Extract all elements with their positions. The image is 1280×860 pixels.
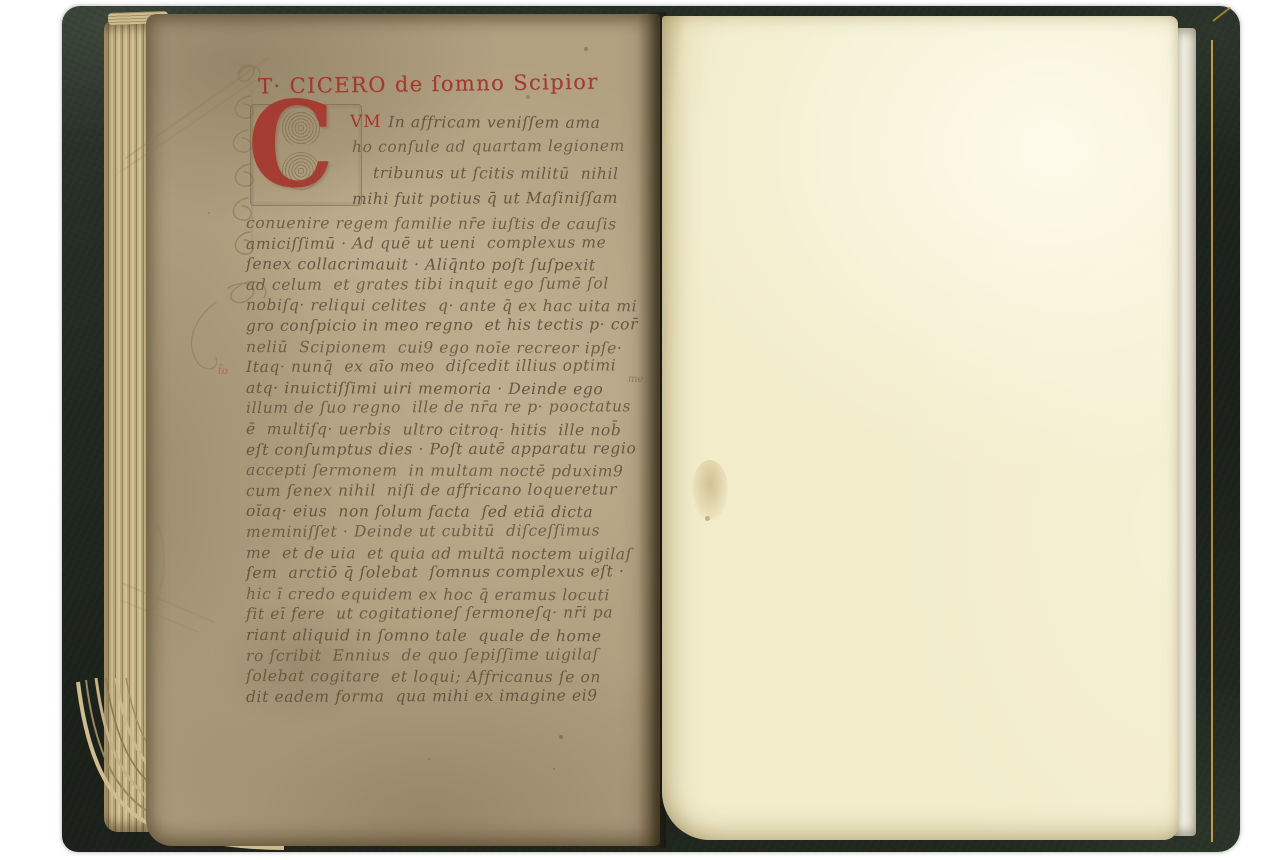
manuscript-line: hic ī credo equidem ex hoc q̄ eramus loc… [246, 585, 610, 604]
right-page-stain-dot [705, 516, 710, 521]
manuscript-line: me et de uia et quia ad multā noctem uig… [246, 544, 632, 563]
manuscript-line: mihi fuit potius q̄ ut Maſiniſſam [352, 189, 618, 208]
manuscript-line: ad celum et grates tibi inquit ego ſumē … [246, 274, 609, 294]
manuscript-line: illum de ſuo regno ille de nr̄a re p· po… [246, 398, 631, 418]
manuscript-line: tribunus ut ſcitis militū nihil [373, 164, 619, 183]
manuscript-line: ſolebat cogitare et loqui; Affricanus ſe… [246, 667, 601, 686]
manuscript-line: fit eī fere ut cogitationeſ ſermoneſq· n… [246, 604, 613, 624]
manuscript-line: VM In affricam veniſſem ama [350, 112, 601, 133]
margin-note-left: t̃o [218, 366, 228, 377]
manuscript-line: accepti ſermonem in multam noctē pduxim9 [246, 461, 624, 480]
manuscript-line: conuenire regem familie nr̄e iuſtis de c… [246, 214, 617, 233]
manuscript-line: neliū Scipionem cui9 ego noīe recreor ip… [246, 338, 623, 357]
manuscript-line: ē multiſq· uerbis ultro citroq· hitis il… [246, 420, 621, 439]
right-page-stain [692, 460, 728, 520]
right-page [662, 16, 1178, 840]
manuscript-line: gro conſpicio in meo regno et his tectis… [246, 315, 638, 335]
rubric-letters: VM [350, 112, 388, 132]
manuscript-line: ro ſcribit Ennius de quo ſepiſſime uigil… [246, 645, 599, 665]
manuscript-line: eſt conſumptus dies · Poſt autē apparatu… [246, 439, 636, 459]
manuscript-line: amiciſſimū · Ad quē ut ueni complexus me [246, 233, 606, 253]
manuscript-line: riant aliquid in ſomno tale quale de hom… [246, 626, 602, 645]
manuscript-line: ſenex collacrimauit · Aliq̄nto poſt ſuſp… [246, 255, 596, 274]
manuscript-line: atq· inuictiſſimi uiri memoria · Deinde … [246, 379, 603, 398]
manuscript-line: meminiſſet · Deinde ut cubitū diſceſſimu… [246, 521, 600, 541]
manuscript-line: oīaq· eius non ſolum facta ſed etiā dict… [246, 502, 593, 521]
manuscript-line: Itaq· nunq̄ ex aīo meo diſcedit illius o… [246, 357, 616, 377]
manuscript-line: ſem arctiō q̄ ſolebat ſomnus complexus e… [246, 563, 625, 583]
manuscript-line: cum ſenex nihil niſi de affricano loquer… [246, 480, 617, 500]
manuscript-line: ho conſule ad quartam legionem [352, 137, 625, 156]
manuscript-line: nobiſq· reliqui celites q· ante q̄ ex ha… [246, 296, 637, 315]
manuscript-line: dit eadem forma qua mihi ex imagine ei9 [246, 686, 598, 706]
book-photo: T· CICERO de ſomno Scipior C VM In affri… [0, 0, 1280, 860]
